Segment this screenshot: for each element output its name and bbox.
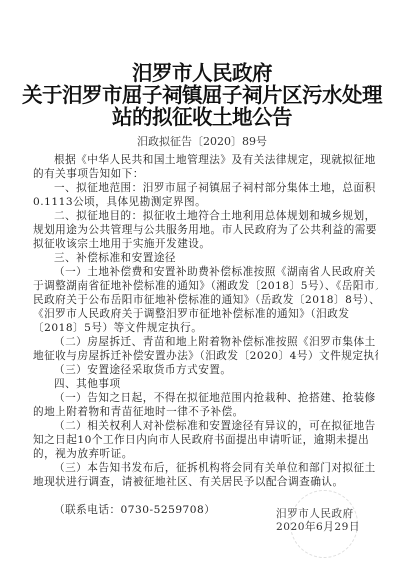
body-line: （二）相关权利人对补偿标准和安置途径有异议的，可在拟征地告 <box>33 419 378 433</box>
document-body: 根据《中华人民共和国土地管理法》及有关法律规定，现就拟征地 的有关事项告知如下：… <box>33 153 378 517</box>
body-line: 的地上附着物和青苗征地时一律不予补偿。 <box>33 405 378 419</box>
section-heading: 四、其他事项 <box>33 377 378 391</box>
signature-block: 汨罗市人民政府 2020年6月29日 <box>276 508 360 534</box>
body-line: 民政府关于公布岳阳市征地补偿标准的通知》（岳政发〔2018〕8号）、 <box>33 293 378 307</box>
body-line: （三）安置途径采取货币方式安置。 <box>33 363 378 377</box>
body-line: 地征收与房屋拆迁补偿安置办法》（汨政发〔2020〕4号）文件规定执行。 <box>33 349 378 363</box>
body-line: 《汨罗市人民政府关于调整汨罗市征地补偿标准的通知》（汨政发 <box>33 307 378 321</box>
body-line: 〔2018〕5号）等文件规定执行。 <box>33 321 378 335</box>
body-line: 0.1113公顷，具体见勘测定界图。 <box>33 195 378 209</box>
body-line: 地现状进行调查，请被征地社区、有关居民予以配合调查确认。 <box>33 475 378 489</box>
body-line: 一、拟征地范围：汨罗市屈子祠镇屈子祠村部分集体土地，总面积 <box>33 181 378 195</box>
title-line-3: 站的拟征收土地公告 <box>0 106 404 128</box>
body-line: 的有关事项告知如下： <box>33 167 378 181</box>
body-line: 规划用途为公共管理与公共服务用地。市人民政府为了公共利益的需要 <box>33 223 378 237</box>
title-line-2: 关于汨罗市屈子祠镇屈子祠片区污水处理 <box>0 84 404 106</box>
issue-date: 2020年6月29日 <box>276 521 360 534</box>
body-line: 的，视为放弃听证。 <box>33 447 378 461</box>
body-line: 知之日起10个工作日内向市人民政府书面提出申请听证，逾期未提出 <box>33 433 378 447</box>
body-line: 于调整湖南省征地补偿标准的通知》（湘政发〔2018〕5号）、《岳阳市人 <box>33 279 378 293</box>
body-line: 根据《中华人民共和国土地管理法》及有关法律规定，现就拟征地 <box>33 153 378 167</box>
title-line-1: 汨罗市人民政府 <box>0 62 404 84</box>
body-line: （二）房屋拆迁、青苗和地上附着物补偿标准按照《汨罗市集体土 <box>33 335 378 349</box>
body-line: 二、拟征地目的：拟征收土地符合土地利用总体规划和城乡规划， <box>33 209 378 223</box>
document-number: 汨政拟征告〔2020〕89号 <box>0 133 404 149</box>
body-line: （一）告知之日起，不得在拟征地范围内抢栽种、抢搭建、抢装修 <box>33 391 378 405</box>
body-line: （三）本告知书发布后，征拆机构将会同有关单位和部门对拟征土 <box>33 461 378 475</box>
body-line: （一）土地补偿费和安置补助费补偿标准按照《湖南省人民政府关 <box>33 265 378 279</box>
section-heading: 三、补偿标准和安置途径 <box>33 251 378 265</box>
issuer-name: 汨罗市人民政府 <box>276 508 360 521</box>
body-line: 拟征收该宗土地用于实施开发建设。 <box>33 237 378 251</box>
